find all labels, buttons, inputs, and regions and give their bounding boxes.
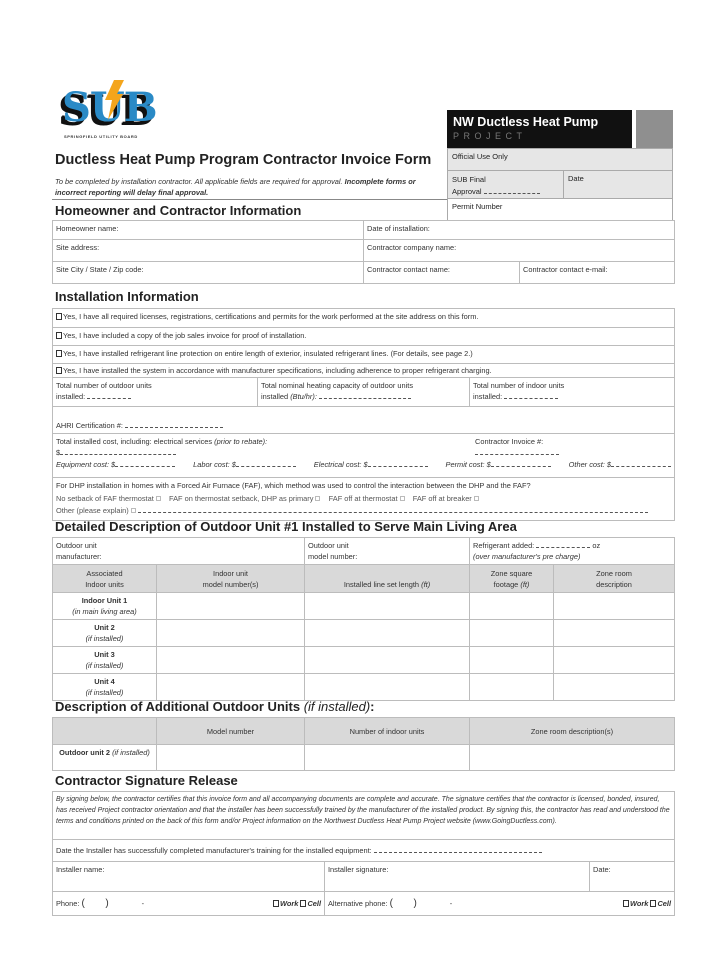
work-label: Work (280, 899, 298, 908)
work-checkbox-icon[interactable] (273, 900, 279, 907)
permit-cost-label: Permit cost: $ (446, 460, 491, 469)
electrical-cost-blank (368, 459, 428, 467)
contractor-email-label: Contractor contact e-mail: (523, 265, 608, 274)
cell-label: Cell (307, 899, 321, 908)
faf-other-blank[interactable] (138, 505, 648, 513)
prior-to-rebate-label: (prior to rebate): (214, 437, 267, 446)
equipment-cost-field[interactable]: Equipment cost: $ (56, 459, 175, 470)
check-line-protection-label: Yes, I have installed refrigerant line p… (63, 349, 473, 358)
square-footage-cell[interactable] (470, 593, 554, 620)
outdoor-unit1-section-title: Detailed Description of Outdoor Unit #1 … (55, 519, 517, 534)
sub-final-approval-field[interactable]: SUB Final Approval (448, 171, 564, 198)
col-blank (53, 718, 157, 745)
other-cost-label: Other cost: $ (569, 460, 611, 469)
cell-label: Cell (657, 899, 671, 908)
indoor-units-label: Total number of indoor units (473, 380, 671, 391)
site-city-field[interactable]: Site City / State / Zip code: (53, 262, 364, 284)
banner-gray-block (636, 110, 673, 148)
indoor-units-cell[interactable] (305, 745, 470, 771)
nw-project-banner: NW Ductless Heat Pump PROJECT (447, 110, 632, 148)
official-use-label: Official Use Only (447, 148, 673, 171)
faf-option-label: FAF off at thermostat (329, 494, 398, 503)
check-invoice-copy-label: Yes, I have included a copy of the job s… (63, 331, 306, 340)
electrical-cost-label: Electrical cost: $ (314, 460, 368, 469)
indoor-units-blank (504, 391, 558, 399)
indoor-model-cell[interactable] (157, 647, 305, 674)
table-row: Unit 3(if installed) (53, 647, 675, 674)
installation-table: Yes, I have all required licenses, regis… (52, 308, 675, 521)
additional-units-table: Model number Number of indoor units Zone… (52, 717, 675, 771)
signature-table: By signing below, the contractor certifi… (52, 791, 675, 916)
approval-blank (484, 186, 540, 194)
table-row: Outdoor unit 2 (if installed) (53, 745, 675, 771)
col-associated-indoor-units: AssociatedIndoor units (53, 565, 157, 593)
training-date-blank (374, 845, 542, 853)
equipment-cost-blank (115, 459, 175, 467)
contractor-invoice-label[interactable]: Contractor Invoice #: (475, 437, 543, 446)
faf-control-field: For DHP installation in homes with a For… (53, 478, 675, 521)
line-length-cell[interactable] (305, 593, 470, 620)
indoor-model-cell[interactable] (157, 620, 305, 647)
phone-field[interactable]: Phone: ( ) - Work Cell (53, 892, 325, 916)
installation-section-title: Installation Information (55, 289, 199, 304)
release-text: By signing below, the contractor certifi… (53, 792, 675, 840)
checkbox-icon[interactable] (156, 496, 161, 501)
checkbox-icon[interactable] (56, 367, 62, 374)
banner-subtitle: PROJECT (453, 130, 626, 142)
heating-capacity-blank (319, 391, 411, 399)
check-manufacturer-specs-label: Yes, I have installed the system in acco… (63, 366, 492, 375)
model-label-2: model number: (308, 551, 466, 562)
total-cost-blank (60, 447, 176, 455)
installed-label: installed (261, 392, 288, 401)
sub-final-label: SUB Final (452, 174, 559, 186)
permit-number-label: Permit Number (452, 202, 502, 211)
zone-description-cell[interactable] (470, 745, 675, 771)
lightning-bolt-icon (102, 80, 124, 120)
faf-option-no-setback[interactable]: No setback of FAF thermostat (56, 494, 161, 503)
col-zone-room-description: Zone roomdescription (554, 565, 675, 593)
site-city-label: Site City / State / Zip code: (56, 265, 144, 274)
contractor-contact-field[interactable]: Contractor contact name: (364, 262, 520, 284)
line-length-cell[interactable] (305, 620, 470, 647)
check-manufacturer-specs[interactable]: Yes, I have installed the system in acco… (53, 364, 675, 378)
paren: ) (105, 898, 108, 909)
work-label: Work (630, 899, 648, 908)
additional-units-section-title: Description of Additional Outdoor Units … (55, 699, 375, 714)
phone-label: Phone: (56, 899, 79, 908)
installer-name-field[interactable]: Installer name: (53, 862, 325, 892)
checkbox-icon[interactable] (315, 496, 320, 501)
invoice-form-page: SUB SPRINGFIELD UTILITY BOARD Ductless H… (0, 0, 728, 970)
heating-capacity-field[interactable]: Total nominal heating capacity of outdoo… (258, 378, 470, 407)
checkbox-icon[interactable] (56, 313, 62, 320)
installer-signature-label: Installer signature: (328, 865, 388, 874)
indoor-model-cell[interactable] (157, 674, 305, 701)
homeowner-name-field[interactable]: Homeowner name: (53, 221, 364, 240)
oz-unit: oz (592, 541, 600, 550)
ahri-label: AHRI Certification #: (56, 421, 123, 430)
logo-subtitle: SPRINGFIELD UTILITY BOARD (64, 134, 138, 139)
approval-row: SUB Final Approval Date (447, 171, 673, 199)
heating-capacity-label: Total nominal heating capacity of outdoo… (261, 380, 466, 391)
line-length-cell[interactable] (305, 674, 470, 701)
refrigerant-added-field[interactable]: Refrigerant added: oz(over manufacturer'… (470, 538, 675, 565)
faf-question: For DHP installation in homes with a For… (56, 480, 671, 493)
table-row: Unit 4(if installed) (53, 674, 675, 701)
cell-checkbox-icon[interactable] (300, 900, 306, 907)
refrigerant-note: (over manufacturer's pre charge) (473, 551, 671, 562)
check-licenses-label: Yes, I have all required licenses, regis… (63, 312, 478, 321)
model-label: Outdoor unit (308, 540, 466, 551)
contractor-email-field[interactable]: Contractor contact e-mail: (520, 262, 675, 284)
installed-label: installed: (473, 392, 502, 401)
manufacturer-label-2: manufacturer: (56, 551, 301, 562)
site-address-label: Site address: (56, 243, 99, 252)
faf-option-label: No setback of FAF thermostat (56, 494, 154, 503)
outdoor-units-blank (87, 391, 131, 399)
btu-unit-label: (Btu/hr): (290, 392, 317, 401)
date-of-installation-field[interactable]: Date of installation: (364, 221, 675, 240)
signature-date-field[interactable]: Date: (590, 862, 675, 892)
other-cost-field[interactable]: Other cost: $ (569, 459, 671, 470)
labor-cost-field[interactable]: Labor cost: $ (193, 459, 296, 470)
room-description-cell[interactable] (554, 593, 675, 620)
dash: - (142, 899, 144, 908)
outdoor-unit1-table: Outdoor unitmanufacturer: Outdoor unitmo… (52, 537, 675, 701)
outdoor-model-number-field[interactable]: Outdoor unitmodel number: (305, 538, 470, 565)
check-licenses[interactable]: Yes, I have all required licenses, regis… (53, 309, 675, 328)
homeowner-name-label: Homeowner name: (56, 224, 118, 233)
instructions-text: To be completed by installation contract… (55, 177, 343, 186)
checkbox-icon[interactable] (400, 496, 405, 501)
refrigerant-label: Refrigerant added: (473, 541, 534, 550)
contractor-contact-label: Contractor contact name: (367, 265, 450, 274)
row-label: Outdoor unit 2 (if installed) (53, 745, 157, 771)
contractor-company-label: Contractor company name: (367, 243, 456, 252)
site-address-field[interactable]: Site address: (53, 240, 364, 262)
permit-number-field[interactable]: Permit Number (447, 199, 673, 221)
date-of-installation-label: Date of installation: (367, 224, 430, 233)
checkbox-icon[interactable] (56, 350, 62, 357)
faf-other-label: Other (please explain) (56, 506, 129, 515)
refrigerant-blank (536, 540, 590, 548)
homeowner-table: Homeowner name: Date of installation: Si… (52, 220, 675, 284)
indoor-units-count-field[interactable]: Total number of indoor unitsinstalled: (470, 378, 675, 407)
outdoor-units-count-field[interactable]: Total number of outdoor unitsinstalled: (53, 378, 258, 407)
row-label: Indoor Unit 1(in main living area) (53, 593, 157, 620)
installer-signature-field[interactable]: Installer signature: (325, 862, 590, 892)
approval-date-field[interactable]: Date (564, 171, 672, 198)
faf-option-label: FAF on thermostat setback, DHP as primar… (169, 494, 313, 503)
ahri-blank (125, 420, 223, 428)
line-length-cell[interactable] (305, 647, 470, 674)
row-label: Unit 4(if installed) (53, 674, 157, 701)
model-number-cell[interactable] (157, 745, 305, 771)
outdoor-manufacturer-field[interactable]: Outdoor unitmanufacturer: (53, 538, 305, 565)
invoice-number-blank (475, 447, 559, 455)
total-cost-field[interactable]: Total installed cost, including: electri… (53, 434, 675, 478)
row-label: Unit 3(if installed) (53, 647, 157, 674)
faf-option-label: FAF off at breaker (413, 494, 472, 503)
col-indoor-model-number: Indoor unitmodel number(s) (157, 565, 305, 593)
cell-checkbox-icon[interactable] (650, 900, 656, 907)
col-zone-square-footage: Zone squarefootage (ft) (470, 565, 554, 593)
checkbox-icon[interactable] (131, 508, 136, 513)
sub-logo: SUB SPRINGFIELD UTILITY BOARD (60, 84, 172, 142)
section-divider (52, 199, 447, 200)
faf-option-setback-dhp-primary[interactable]: FAF on thermostat setback, DHP as primar… (169, 494, 320, 503)
electrical-cost-field[interactable]: Electrical cost: $ (314, 459, 428, 470)
col-model-number: Model number (157, 718, 305, 745)
table-row: Unit 2(if installed) (53, 620, 675, 647)
indoor-model-cell[interactable] (157, 593, 305, 620)
faf-option-other[interactable]: Other (please explain) (56, 505, 671, 518)
check-line-protection[interactable]: Yes, I have installed refrigerant line p… (53, 346, 675, 364)
permit-cost-field[interactable]: Permit cost: $ (446, 459, 551, 470)
equipment-cost-label: Equipment cost: $ (56, 460, 115, 469)
checkbox-icon[interactable] (56, 332, 62, 339)
square-footage-cell[interactable] (470, 674, 554, 701)
square-footage-cell[interactable] (470, 620, 554, 647)
room-description-cell[interactable] (554, 620, 675, 647)
permit-cost-blank (491, 459, 551, 467)
signature-date-label: Date: (593, 865, 611, 874)
paren: ( (82, 898, 85, 909)
training-date-label: Date the Installer has successfully comp… (56, 846, 372, 855)
col-number-of-indoor-units: Number of indoor units (305, 718, 470, 745)
approval-label: Approval (452, 187, 482, 196)
square-footage-cell[interactable] (470, 647, 554, 674)
check-invoice-copy[interactable]: Yes, I have included a copy of the job s… (53, 328, 675, 346)
paren: ( (390, 898, 393, 909)
room-description-cell[interactable] (554, 674, 675, 701)
contractor-company-field[interactable]: Contractor company name: (364, 240, 675, 262)
ahri-certification-field[interactable]: AHRI Certification #: (53, 407, 675, 434)
labor-cost-label: Labor cost: $ (193, 460, 236, 469)
form-title: Ductless Heat Pump Program Contractor In… (55, 152, 431, 168)
row-label: Unit 2(if installed) (53, 620, 157, 647)
alt-phone-field[interactable]: Alternative phone: ( ) - Work Cell (325, 892, 675, 916)
total-cost-label: Total installed cost, including: electri… (56, 437, 212, 446)
installer-name-label: Installer name: (56, 865, 104, 874)
homeowner-section-title: Homeowner and Contractor Information (55, 203, 301, 218)
banner-title: NW Ductless Heat Pump (453, 114, 626, 130)
date-label: Date (568, 174, 584, 183)
outdoor-units-label: Total number of outdoor units (56, 380, 254, 391)
faf-option-off-at-thermostat[interactable]: FAF off at thermostat (329, 494, 405, 503)
manufacturer-label: Outdoor unit (56, 540, 301, 551)
checkbox-icon[interactable] (474, 496, 479, 501)
installed-label: installed: (56, 392, 85, 401)
faf-option-off-at-breaker[interactable]: FAF off at breaker (413, 494, 479, 503)
room-description-cell[interactable] (554, 647, 675, 674)
col-zone-room-descriptions: Zone room description(s) (470, 718, 675, 745)
form-instructions: To be completed by installation contract… (55, 176, 445, 198)
labor-cost-blank (236, 459, 296, 467)
col-line-set-length: Installed line set length (ft) (305, 565, 470, 593)
dash: - (450, 899, 452, 908)
training-date-field[interactable]: Date the Installer has successfully comp… (53, 840, 675, 862)
alt-phone-label: Alternative phone: (328, 899, 388, 908)
table-row: Indoor Unit 1(in main living area) (53, 593, 675, 620)
paren: ) (414, 898, 417, 909)
work-checkbox-icon[interactable] (623, 900, 629, 907)
signature-section-title: Contractor Signature Release (55, 773, 238, 788)
other-cost-blank (611, 459, 671, 467)
